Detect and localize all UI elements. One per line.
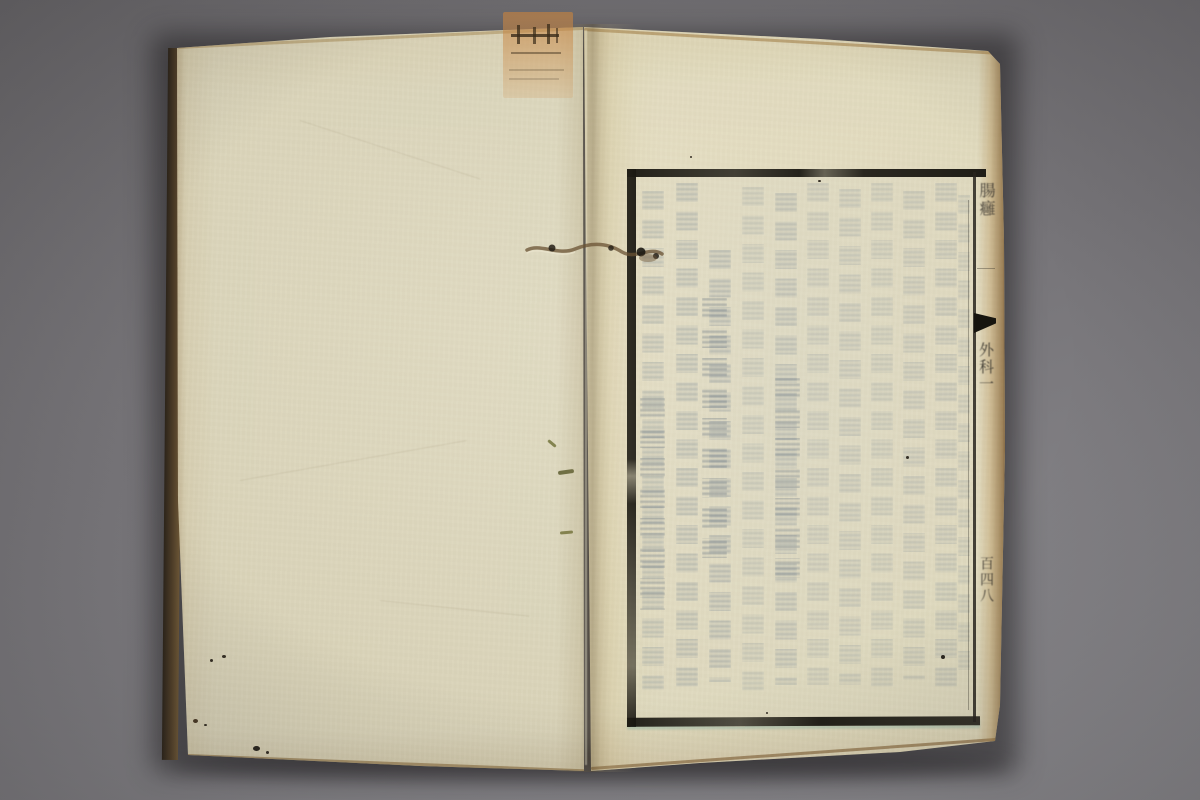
tape-mark <box>556 28 558 43</box>
tape-mark <box>547 24 550 44</box>
wormhole-trail <box>0 0 1200 800</box>
tape-mark <box>517 25 520 44</box>
tape-mark-smudge <box>509 78 559 80</box>
archival-tape-label <box>503 12 573 98</box>
tape-mark-smudge <box>509 69 564 71</box>
photo-backdrop: 腸癰 外科一 百四八 <box>0 0 1200 800</box>
tape-mark <box>533 27 536 44</box>
tape-mark <box>511 52 561 54</box>
